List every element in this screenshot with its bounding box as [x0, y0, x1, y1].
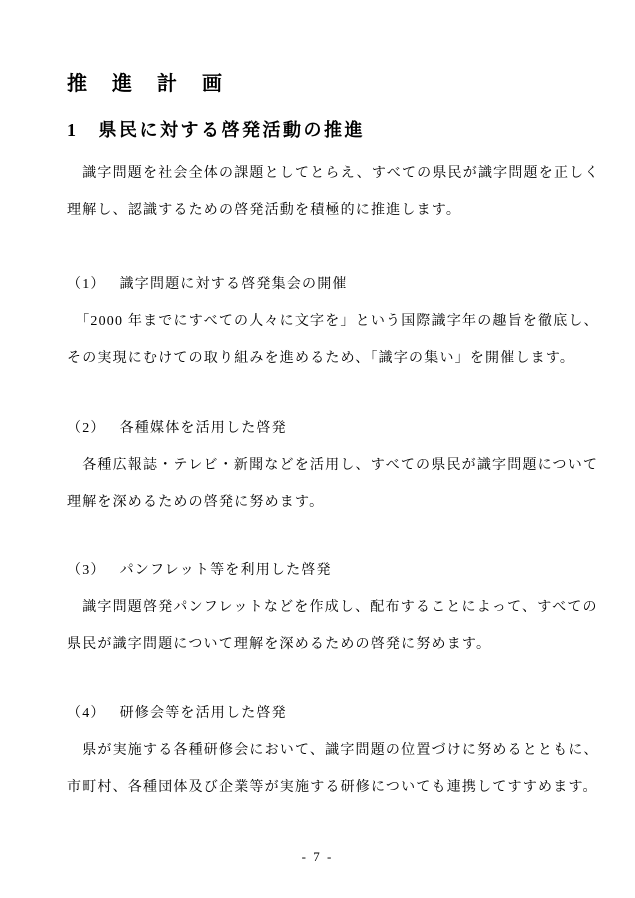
intro-paragraph: 識字問題を社会全体の課題としてとらえ、すべての県民が識字問題を正しく 理解し、認… [67, 155, 583, 229]
subsection-1: （1）識字問題に対する啓発集会の開催 「2000 年までにすべての人々に文字を」… [67, 266, 583, 377]
section-title: 県民に対する啓発活動の推進 [99, 120, 366, 140]
paragraph-line: 識字問題を社会全体の課題としてとらえ、すべての県民が識字問題を正しく [67, 155, 583, 192]
subsection-label: （2） [67, 421, 106, 436]
section-1-heading: 1県民に対する啓発活動の推進 [67, 118, 365, 142]
section-number: 1 [67, 120, 79, 140]
subsection-2-heading: （2）各種媒体を活用した啓発 [67, 410, 583, 447]
paragraph-line: 理解し、認識するための啓発活動を積極的に推進します。 [67, 192, 583, 229]
paragraph-line: 市町村、各種団体及び企業等が実施する研修についても連携してすすめます。 [67, 769, 583, 806]
subsection-title: 識字問題に対する啓発集会の開催 [120, 277, 348, 292]
subsection-4-heading: （4）研修会等を活用した啓発 [67, 695, 583, 732]
subsection-3: （3）パンフレット等を利用した啓発 識字問題啓発パンフレットなどを作成し、配布す… [67, 552, 583, 663]
document-page: 推 進 計 画 1県民に対する啓発活動の推進 識字問題を社会全体の課題としてとら… [0, 0, 635, 898]
subsection-2: （2）各種媒体を活用した啓発 各種広報誌・テレビ・新聞などを活用し、すべての県民… [67, 410, 583, 521]
subsection-title: 各種媒体を活用した啓発 [120, 421, 287, 436]
paragraph-line: 県が実施する各種研修会において、識字問題の位置づけに努めるとともに、 [67, 732, 583, 769]
paragraph-line: 識字問題啓発パンフレットなどを作成し、配布することによって、すべての [67, 589, 583, 626]
subsection-label: （1） [67, 277, 106, 292]
subsection-label: （4） [67, 706, 106, 721]
paragraph-line: 各種広報誌・テレビ・新聞などを活用し、すべての県民が識字問題について [67, 447, 583, 484]
page-number: - 7 - [0, 848, 635, 866]
subsection-1-heading: （1）識字問題に対する啓発集会の開催 [67, 266, 583, 303]
subsection-label: （3） [67, 563, 106, 578]
subsection-title: 研修会等を活用した啓発 [120, 706, 287, 721]
document-title: 推 進 計 画 [67, 72, 225, 96]
paragraph-line: その実現にむけての取り組みを進めるため、「識字の集い」を開催します。 [67, 340, 583, 377]
subsection-4: （4）研修会等を活用した啓発 県が実施する各種研修会において、識字問題の位置づけ… [67, 695, 583, 806]
paragraph-line: 「2000 年までにすべての人々に文字を」という国際識字年の趣旨を徹底し、 [67, 303, 583, 340]
subsection-title: パンフレット等を利用した啓発 [120, 563, 332, 578]
subsection-3-heading: （3）パンフレット等を利用した啓発 [67, 552, 583, 589]
paragraph-line: 理解を深めるための啓発に努めます。 [67, 484, 583, 521]
paragraph-line: 県民が識字問題について理解を深めるための啓発に努めます。 [67, 626, 583, 663]
